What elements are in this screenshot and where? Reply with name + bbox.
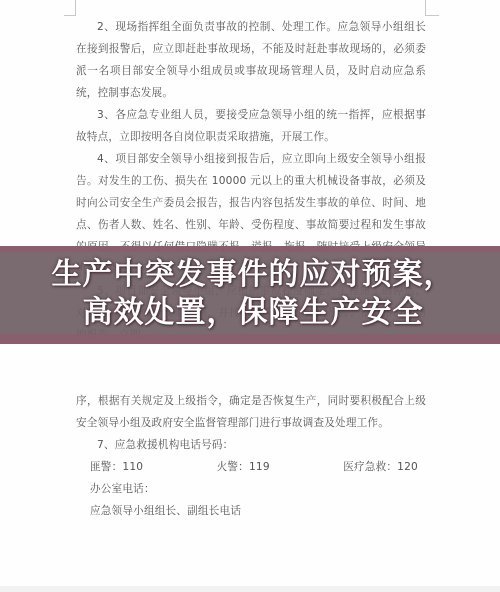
office-phone-label: 办公室电话： xyxy=(76,478,426,500)
overlay-top-strip xyxy=(0,246,500,252)
overlay-title: 生产中突发事件的应对预案，高效处置，保障生产安全 xyxy=(38,256,468,332)
emergency-phone-list: 匪警：110 火警：119 医疗急救：120 xyxy=(76,456,426,478)
page-corner-mark-left xyxy=(75,0,76,16)
page-bottom-edge xyxy=(0,586,500,592)
paragraph-6-tail: 序，根据有关规定及上级指令，确定是否恢复生产，同时要积极配合上级安全领导小组及政… xyxy=(76,390,426,434)
overlay-bottom-strip xyxy=(0,334,500,344)
page-corner-mark-left-horizontal xyxy=(64,15,76,16)
page-corner-mark-right xyxy=(425,0,426,16)
paragraph-7: 7、应急救援机构电话号码： xyxy=(76,434,426,456)
police-phone: 匪警：110 xyxy=(90,456,143,478)
page-corner-mark-right-horizontal xyxy=(425,15,439,16)
fire-phone: 火警：119 xyxy=(217,456,270,478)
paragraph-2: 2、现场指挥组全面负责事故的控制、处理工作。应急领导小组组长在接到报警后，应立即… xyxy=(76,16,426,104)
leader-phone-label: 应急领导小组组长、副组长电话 xyxy=(76,500,426,522)
medical-phone: 医疗急救：120 xyxy=(343,456,418,478)
paragraph-3: 3、各应急专业组人员，要接受应急领导小组的统一指挥，应根据事故特点，立即按明各自… xyxy=(76,104,426,148)
title-overlay-band: 生产中突发事件的应对预案，高效处置，保障生产安全 xyxy=(0,246,500,344)
